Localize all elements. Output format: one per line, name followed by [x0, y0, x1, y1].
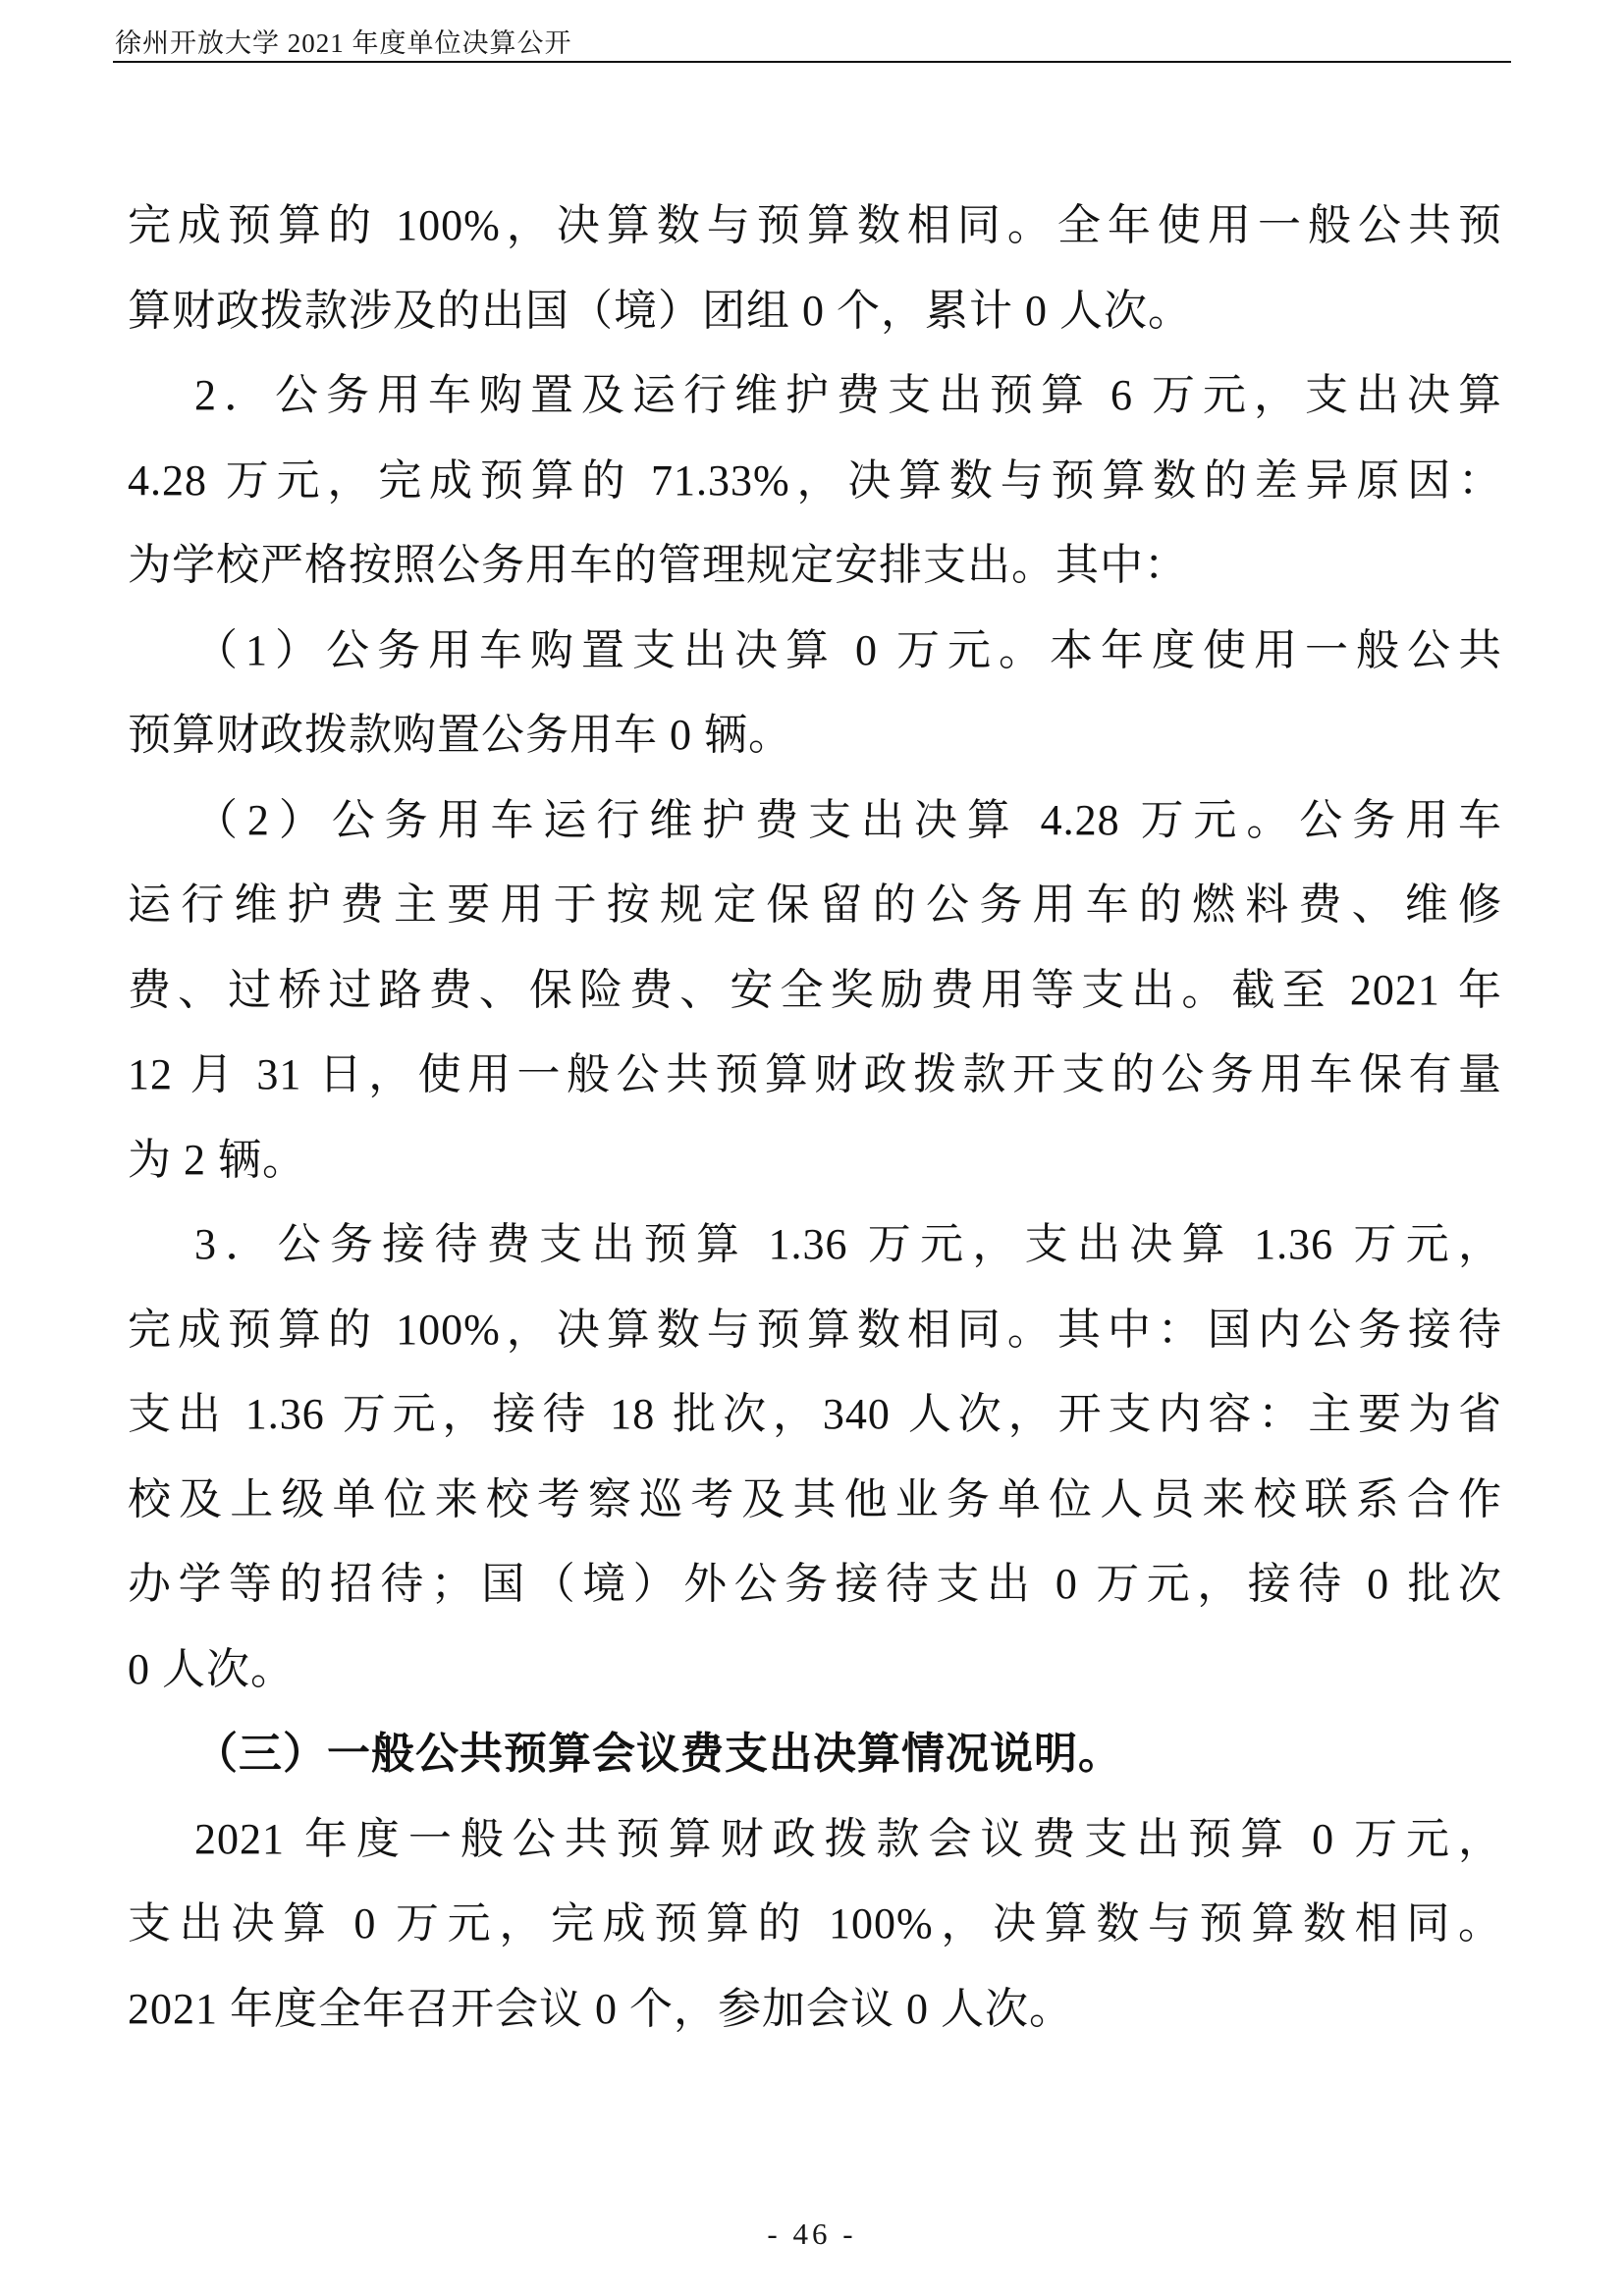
section-heading: （三）一般公共预算会议费支出决算情况说明。 [128, 1712, 1502, 1797]
body-line: 支出 1.36 万元，接待 18 批次，340 人次，开支内容：主要为省 [128, 1372, 1502, 1458]
body-line: 完成预算的 100%，决算数与预算数相同。其中：国内公务接待 [128, 1288, 1502, 1373]
body-line: 为 2 辆。 [128, 1118, 1502, 1203]
body-line: 费、过桥过路费、保险费、安全奖励费用等支出。截至 2021 年 [128, 948, 1502, 1034]
body-line: （1）公务用车购置支出决算 0 万元。本年度使用一般公共 [128, 609, 1502, 694]
body-line: 校及上级单位来校考察巡考及其他业务单位人员来校联系合作 [128, 1458, 1502, 1543]
body-line: （2）公务用车运行维护费支出决算 4.28 万元。公务用车 [128, 778, 1502, 864]
body-line: 4.28 万元，完成预算的 71.33%，决算数与预算数的差异原因： [128, 439, 1502, 524]
page-number: - 46 - [0, 2216, 1624, 2252]
body-line: 运行维护费主要用于按规定保留的公务用车的燃料费、维修 [128, 863, 1502, 948]
body-line: 支出决算 0 万元，完成预算的 100%，决算数与预算数相同。 [128, 1882, 1502, 1967]
body-line: 12 月 31 日，使用一般公共预算财政拨款开支的公务用车保有量 [128, 1033, 1502, 1118]
body-line: 为学校严格按照公务用车的管理规定安排支出。其中： [128, 523, 1502, 609]
page-header-title: 徐州开放大学 2021 年度单位决算公开 [115, 22, 572, 60]
body-line: 2021 年度一般公共预算财政拨款会议费支出预算 0 万元， [128, 1797, 1502, 1883]
header-divider-rule [113, 61, 1511, 63]
body-line: 0 人次。 [128, 1628, 1502, 1713]
body-line: 2021 年度全年召开会议 0 个，参加会议 0 人次。 [128, 1967, 1502, 2053]
body-line: 2．公务用车购置及运行维护费支出预算 6 万元，支出决算 [128, 353, 1502, 439]
body-line: 完成预算的 100%，决算数与预算数相同。全年使用一般公共预 [128, 184, 1502, 269]
document-body: 完成预算的 100%，决算数与预算数相同。全年使用一般公共预 算财政拨款涉及的出… [128, 184, 1502, 2052]
body-line: 办学等的招待；国（境）外公务接待支出 0 万元，接待 0 批次 [128, 1542, 1502, 1628]
document-page: 徐州开放大学 2021 年度单位决算公开 完成预算的 100%，决算数与预算数相… [0, 0, 1624, 2296]
body-line: 3．公务接待费支出预算 1.36 万元，支出决算 1.36 万元， [128, 1202, 1502, 1288]
body-line: 算财政拨款涉及的出国（境）团组 0 个，累计 0 人次。 [128, 269, 1502, 354]
body-line: 预算财政拨款购置公务用车 0 辆。 [128, 693, 1502, 778]
